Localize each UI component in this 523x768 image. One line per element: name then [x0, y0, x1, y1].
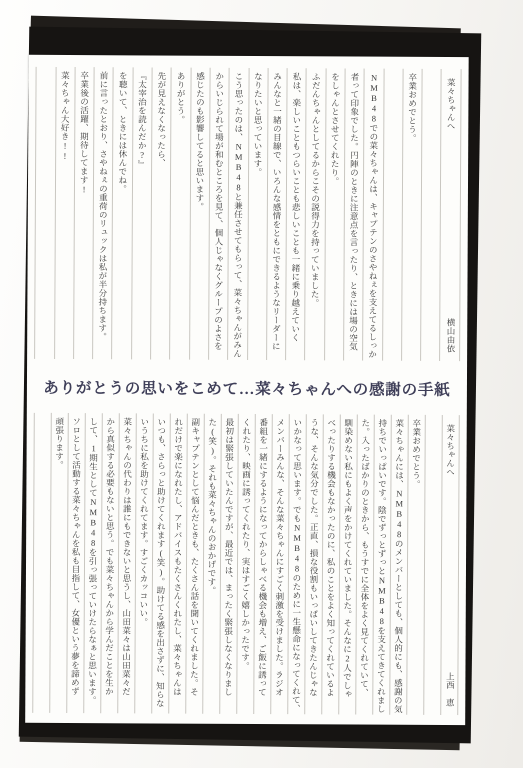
letter-column: 最初は緊張していたんですが、最近では、まったく緊張しなくなりまし [219, 414, 238, 714]
letter-column: 持ちでいっぱいです。陰でずっとずっとNMB48を支えてきてくれまし [372, 415, 391, 715]
letter-column: から真似する必要もないと思う。でも菜々ちゃんから学んだことを生か [100, 413, 119, 713]
blank-column [382, 69, 403, 361]
blank-column [423, 415, 442, 715]
letter-column: ふだんちゃんとしてるからこその説得力を持っていました。 [304, 68, 325, 360]
letter-column: 菜々ちゃんには、NMB48のメンバーとしても、個人的にも、感謝の気 [389, 415, 408, 715]
letter-column: 副キャプテンとして悩んだときも、たくさん話を聞いてくれました。そ [185, 414, 204, 714]
addressee-text: 菜々ちゃんへ [446, 78, 456, 130]
blank-column [420, 69, 441, 361]
letter-column: からいじられて場が和むところを見て、個人じゃなくグループのよさを [208, 68, 229, 360]
letter-addressee-column: 菜々ちゃんへ 横山由依 [440, 69, 461, 361]
letter-column: べったりする機会もなかったのに、私のことをよく知ってくれているよ [321, 414, 340, 714]
letter-column: 頑張ります。 [49, 413, 68, 713]
letter-column: 感じたのも影響してると思います。 [189, 68, 210, 360]
letter-column: NMB48での菜々ちゃんは、キャプテンのさやねぇを支えてるしっかり [362, 69, 383, 361]
letter-column: ありがとう。 [169, 68, 190, 360]
letter-column: いつも、さらっと助けてくれます(笑)。助けてる感を出さずに、知らな [151, 413, 170, 713]
letter-column: くれたり、映画に誘ってくれたり、実はすごく嬉しかったです。 [236, 414, 255, 714]
letter-column: なりたいと思っています。 [247, 68, 268, 360]
letter-jonishi: 菜々ちゃんへ 上西 恵 卒業おめでとう。 菜々ちゃんには、NMB48のメンバーと… [32, 413, 460, 715]
letter-column: 『太宰治を読んだか?』 [131, 67, 152, 359]
letter-column: をしゃんとさせてくれたり。 [324, 68, 345, 360]
letter-column: みんなと一緒の目線で、いろんな感情をともにできるようなリーダーに [266, 68, 287, 360]
letter-column: いうちに私を助けてくれてます。すごくカッコいい。 [134, 413, 153, 713]
letter-column: 馴染めない私にもよく声をかけてくれていました。そんなに2人でしゃ [338, 414, 357, 714]
headline: ありがとうの思いをこめて…菜々ちゃんへの感謝の手紙 [34, 376, 460, 400]
letter-column: 番組を一緒にするようになってからしゃべる機会も増え、ご飯に誘って [253, 414, 272, 714]
blank-column [32, 413, 51, 713]
letter-column: うな、そんな気分でした。正直、損な役割もいっぱいしてきたんじゃな [304, 414, 323, 714]
addressee-text: 菜々ちゃんへ [445, 424, 455, 476]
letter-column: 先が見えなくなったら、 [150, 67, 171, 359]
letter-greeting-column: 卒業おめでとう。 [401, 69, 422, 361]
signature-text: 横山由依 [441, 318, 460, 353]
letter-column: ソロとして活動する菜々ちゃんを私も目指して、女優という夢を諦めず [66, 413, 85, 713]
letter-column: 菜々ちゃんの代わりは誰にもできないと思うし、山田菜々は山田菜々だ [117, 413, 136, 713]
letter-paper: 菜々ちゃんへ 横山由依 卒業おめでとう。 NMB48での菜々ちゃんは、キャプテン… [25, 55, 468, 725]
letter-addressee-column: 菜々ちゃんへ 上西 恵 [440, 415, 459, 715]
black-backdrop: 菜々ちゃんへ 横山由依 卒業おめでとう。 NMB48での菜々ちゃんは、キャプテン… [19, 27, 481, 744]
signature-text: 上西 恵 [441, 672, 458, 707]
letter-column: メンバーみんな、そんな菜々ちゃんにすごく刺激を受けました。ラジオ [270, 414, 289, 714]
letter-yokoyama: 菜々ちゃんへ 横山由依 卒業おめでとう。 NMB48での菜々ちゃんは、キャプテン… [34, 67, 461, 361]
letter-column: を聴いて、ときには休んでね。 [112, 67, 133, 359]
letter-column: 菜々ちゃん大好き!! [54, 67, 75, 359]
scanned-magazine-page: { "headline": { "text": "ありがとうの思いをこめて…菜々… [0, 0, 523, 768]
paper-content: 菜々ちゃんへ 横山由依 卒業おめでとう。 NMB48での菜々ちゃんは、キャプテン… [25, 55, 468, 715]
letter-column: 卒業後の活躍、期待してます! [73, 67, 94, 359]
letter-column: して、1期生としてNMB48を引っ張っていけたらなぁと思います。 [83, 413, 102, 713]
letter-column: 私は、楽しいこともつらいことも悲しいことも一緒に乗り越えていく [285, 68, 306, 360]
letter-column: いかなって思います。でもNMB48のために一生懸命になってくれて、 [287, 414, 306, 714]
letter-column: た(笑)。それも菜々ちゃんのおかげです。 [202, 414, 221, 714]
letter-column: 前に言ったとおり、さやねぇの重荷のリュックは私が半分持ちます。 [92, 67, 113, 359]
letter-column: た。入ったばかりのときから、もうすでに全体をよく見てくれていて、 [355, 415, 374, 715]
letter-column: 者って印象でした。円陣のときに注意点を言ったり、ときには場の空気 [343, 68, 364, 360]
letter-column: れだけで楽になれたし、アドバイスもたくさんくれたし、菜々ちゃんは [168, 414, 187, 714]
letter-greeting-column: 卒業おめでとう。 [406, 415, 425, 715]
letter-column: こう思ったのは、NMB48と兼任させてもらって、菜々ちゃんがみんな [227, 68, 248, 360]
blank-column [34, 67, 55, 359]
